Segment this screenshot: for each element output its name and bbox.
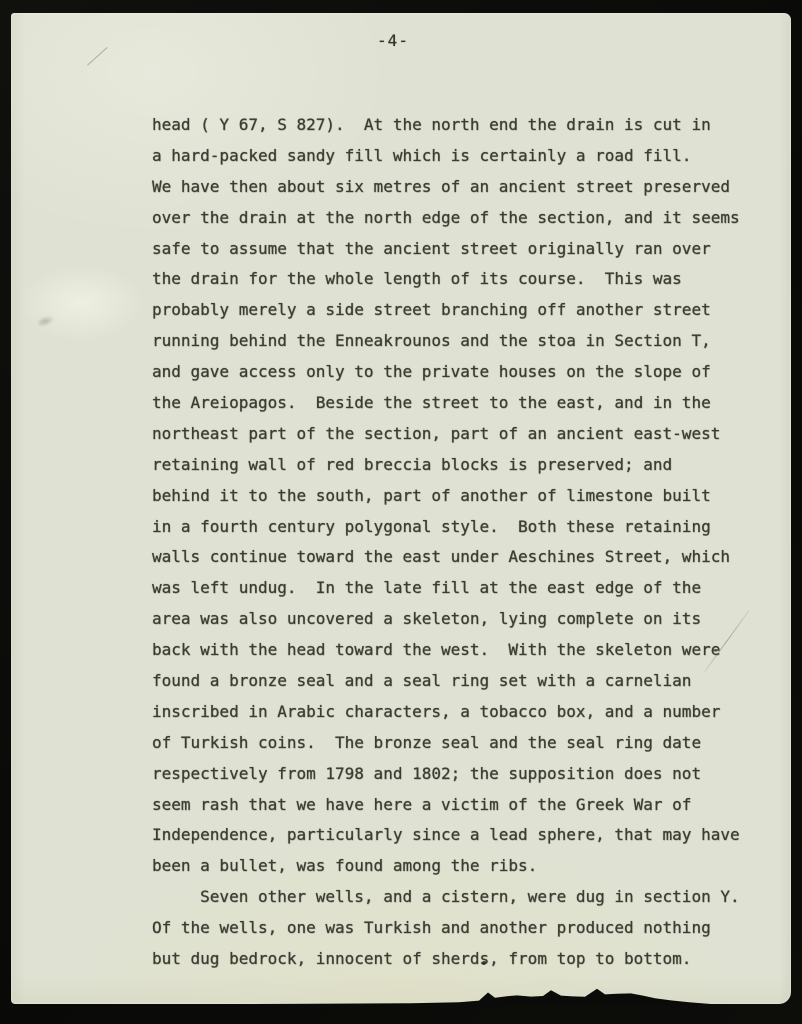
text-line: Independence, particularly since a lead … bbox=[152, 820, 772, 851]
text-line: and gave access only to the private hous… bbox=[152, 357, 772, 388]
text-line: seem rash that we have here a victim of … bbox=[152, 790, 772, 821]
text-line: behind it to the south, part of another … bbox=[152, 481, 772, 512]
text-line: found a bronze seal and a seal ring set … bbox=[152, 666, 772, 697]
text-line: of Turkish coins. The bronze seal and th… bbox=[152, 728, 772, 759]
text-line: in a fourth century polygonal style. Bot… bbox=[152, 512, 772, 543]
text-line: Seven other wells, and a cistern, were d… bbox=[152, 882, 772, 913]
scan-background: -4- head ( Y 67, S 827). At the north en… bbox=[0, 0, 802, 1024]
text-line: but dug bedrock, innocent of sherds, fro… bbox=[152, 944, 772, 975]
document-text: head ( Y 67, S 827). At the north end th… bbox=[152, 110, 772, 975]
text-line: head ( Y 67, S 827). At the north end th… bbox=[152, 110, 772, 141]
paper-scratch-mark bbox=[87, 47, 108, 66]
text-line: been a bullet, was found among the ribs. bbox=[152, 851, 772, 882]
page-number: -4- bbox=[363, 31, 423, 50]
text-line: the drain for the whole length of its co… bbox=[152, 264, 772, 295]
text-line: inscribed in Arabic characters, a tobacc… bbox=[152, 697, 772, 728]
text-line: respectively from 1798 and 1802; the sup… bbox=[152, 759, 772, 790]
text-line: walls continue toward the east under Aes… bbox=[152, 542, 772, 573]
paper-speck bbox=[714, 649, 717, 652]
text-line: We have then about six metres of an anci… bbox=[152, 172, 772, 203]
text-line: was left undug. In the late fill at the … bbox=[152, 573, 772, 604]
torn-paper-edge bbox=[11, 985, 791, 1005]
text-line: Of the wells, one was Turkish and anothe… bbox=[152, 913, 772, 944]
text-line: area was also uncovered a skeleton, lyin… bbox=[152, 604, 772, 635]
text-line: safe to assume that the ancient street o… bbox=[152, 234, 772, 265]
text-line: a hard-packed sandy fill which is certai… bbox=[152, 141, 772, 172]
text-line: back with the head toward the west. With… bbox=[152, 635, 772, 666]
text-line: northeast part of the section, part of a… bbox=[152, 419, 772, 450]
text-line: over the drain at the north edge of the … bbox=[152, 203, 772, 234]
text-line: retaining wall of red breccia blocks is … bbox=[152, 450, 772, 481]
document-page: -4- head ( Y 67, S 827). At the north en… bbox=[11, 13, 791, 1004]
text-line: running behind the Enneakrounos and the … bbox=[152, 326, 772, 357]
text-line: probably merely a side street branching … bbox=[152, 295, 772, 326]
text-line: the Areiopagos. Beside the street to the… bbox=[152, 388, 772, 419]
paper-smudge bbox=[36, 313, 56, 328]
